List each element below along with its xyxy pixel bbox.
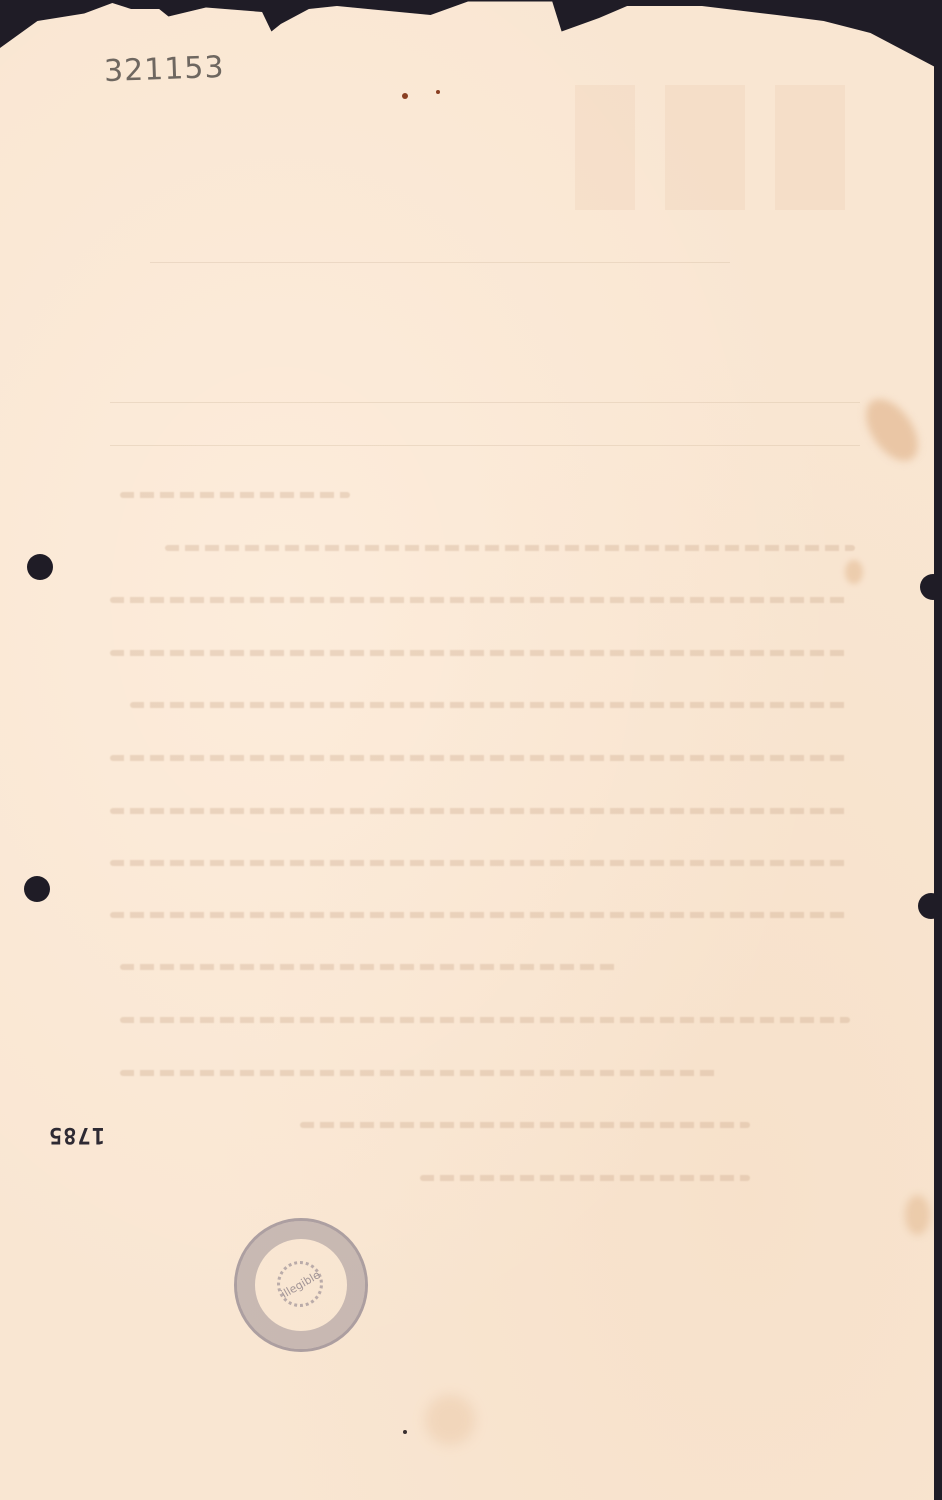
water-stain bbox=[845, 560, 863, 584]
water-stain bbox=[905, 1195, 930, 1235]
ink-spot bbox=[403, 1430, 407, 1434]
circular-seal-stamp: illegible bbox=[234, 1218, 368, 1352]
bleed-through-line bbox=[120, 1070, 720, 1076]
bleed-through-line bbox=[110, 808, 850, 814]
document-page: 321153 1785 illegible bbox=[0, 0, 936, 1500]
handwritten-reference-number: 321153 bbox=[103, 50, 225, 89]
bleed-through-line bbox=[120, 492, 350, 498]
punch-hole bbox=[918, 893, 942, 919]
stamped-number: 1785 bbox=[48, 1122, 105, 1147]
bleed-through-line bbox=[300, 1122, 750, 1128]
bleed-through-line bbox=[130, 702, 850, 708]
scan-background-edge bbox=[934, 0, 942, 1500]
ghost-rule bbox=[110, 402, 860, 403]
ink-spot bbox=[402, 93, 408, 99]
bleed-through-line bbox=[110, 860, 850, 866]
ghost-stamp-box bbox=[775, 85, 845, 210]
bleed-through-line bbox=[110, 912, 850, 918]
ghost-stamp-box bbox=[665, 85, 745, 210]
ink-spot bbox=[436, 90, 440, 94]
bleed-through-line bbox=[110, 755, 850, 761]
water-stain bbox=[425, 1395, 475, 1445]
seal-text: illegible bbox=[214, 1198, 389, 1373]
bleed-through-line bbox=[110, 650, 850, 656]
punch-hole bbox=[920, 574, 942, 600]
bleed-through-line bbox=[120, 1017, 850, 1023]
bleed-through-line bbox=[420, 1175, 750, 1181]
bleed-through-line bbox=[165, 545, 855, 551]
punch-hole bbox=[24, 876, 50, 902]
water-stain bbox=[856, 390, 929, 470]
bleed-through-line bbox=[110, 597, 850, 603]
punch-hole bbox=[27, 554, 53, 580]
ghost-rule bbox=[150, 262, 730, 263]
bleed-through-line bbox=[120, 964, 620, 970]
ghost-stamp-box bbox=[575, 85, 635, 210]
ghost-rule bbox=[110, 445, 860, 446]
